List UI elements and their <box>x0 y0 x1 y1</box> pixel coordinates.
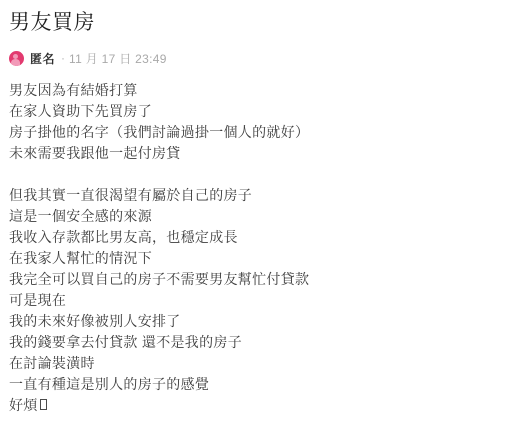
meta-separator: · <box>61 51 65 65</box>
post-container: 男友買房 匿名 · 11 月 17 日 23:49 男友因為有結婚打算 在家人資… <box>0 0 521 416</box>
anonymous-person-icon <box>9 51 24 66</box>
post-paragraph: 在我家人幫忙的情況下 <box>9 248 507 269</box>
post-body: 男友因為有結婚打算 在家人資助下先買房了 房子掛他的名字（我們討論過掛一個人的就… <box>9 80 507 416</box>
post-paragraph-blank <box>9 164 507 185</box>
avatar-head-shape <box>13 54 18 59</box>
post-timestamp: 11 月 17 日 23:49 <box>69 50 167 67</box>
post-paragraph: 可是現在 <box>9 290 507 311</box>
post-paragraph: 但我其實一直很渴望有屬於自己的房子 <box>9 185 507 206</box>
post-paragraph: 我完全可以買自己的房子不需要男友幫忙付貸款 <box>9 269 507 290</box>
post-paragraph: 未來需要我跟他一起付房貸 <box>9 143 507 164</box>
post-paragraph: 在家人資助下先買房了 <box>9 101 507 122</box>
avatar-body-shape <box>11 59 20 66</box>
post-paragraph: 一直有種這是別人的房子的感覺 <box>9 374 507 395</box>
missing-glyph-box-icon <box>40 399 47 410</box>
post-paragraph-last: 好煩 <box>9 395 507 416</box>
post-paragraph: 我的錢要拿去付貸款 還不是我的房子 <box>9 332 507 353</box>
author-name: 匿名 <box>30 50 55 67</box>
post-paragraph: 這是一個安全感的來源 <box>9 206 507 227</box>
post-paragraph: 我收入存款都比男友高，也穩定成長 <box>9 227 507 248</box>
post-title: 男友買房 <box>9 6 507 37</box>
post-paragraph: 我的未來好像被別人安排了 <box>9 311 507 332</box>
post-paragraph-text: 好煩 <box>9 397 38 413</box>
post-paragraph: 男友因為有結婚打算 <box>9 80 507 101</box>
post-paragraph: 在討論裝潢時 <box>9 353 507 374</box>
post-paragraph: 房子掛他的名字（我們討論過掛一個人的就好） <box>9 122 507 143</box>
post-meta-row: 匿名 · 11 月 17 日 23:49 <box>9 50 507 66</box>
